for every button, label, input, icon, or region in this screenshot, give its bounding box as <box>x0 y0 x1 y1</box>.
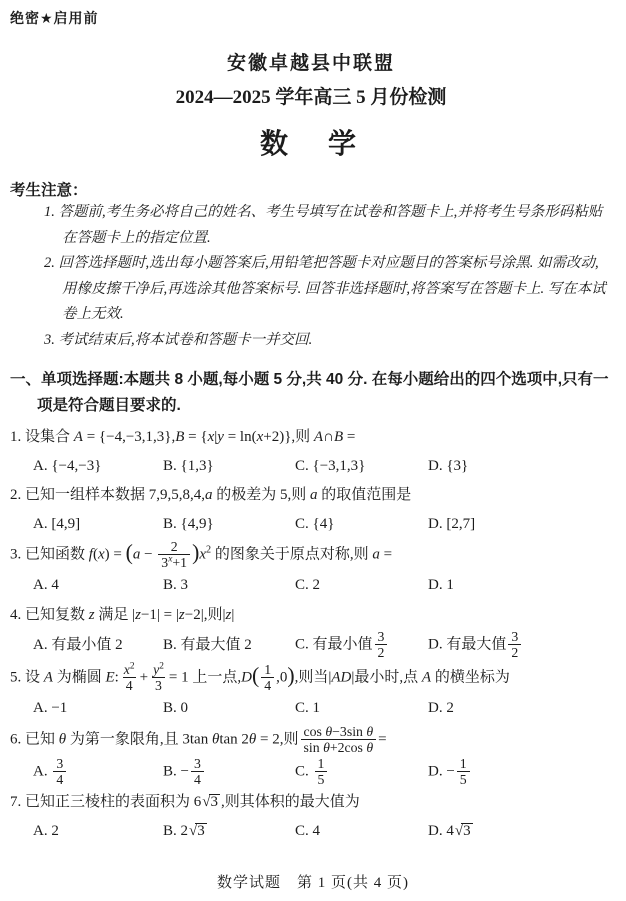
question-5: 5. 设 A 为椭圆 E:x24+y23= 1 上一点,D(14,0),则当|A… <box>10 662 612 723</box>
question-3-option-B: B. 3 <box>163 571 295 599</box>
question-1-option-A: A. {−4,−3} <box>33 452 163 480</box>
question-2-option-C: C. {4} <box>295 510 428 538</box>
question-7: 7. 已知正三棱柱的表面积为 6√3,则其体积的最大值为A. 2B. 2√3C.… <box>10 788 612 845</box>
question-4-options: A. 有最小值 2B. 有最大值 2C. 有最小值32D. 有最大值32 <box>33 629 612 661</box>
subject-title: 数 学 <box>10 122 612 162</box>
question-7-option-C: C. 4 <box>295 817 428 845</box>
notice-item-1: 1. 答题前,考生务必将自己的姓名、考生号填写在试卷和答题卡上,并将考生号条形码… <box>44 200 612 251</box>
question-6-option-C: C. 15 <box>295 756 428 788</box>
question-2-option-B: B. {4,9} <box>163 510 295 538</box>
question-4-stem: 4. 已知复数 z 满足 |z−1| = |z−2|,则|z| <box>10 601 612 629</box>
question-1-option-C: C. {−3,1,3} <box>295 452 428 480</box>
question-1: 1. 设集合 A = {−4,−3,1,3},B = {x|y = ln(x+2… <box>10 423 612 480</box>
question-2: 2. 已知一组样本数据 7,9,5,8,4,a 的极差为 5,则 a 的取值范围… <box>10 481 612 538</box>
question-2-option-A: A. [4,9] <box>33 510 163 538</box>
page-footer: 数学试题 第 1 页(共 4 页) <box>0 871 626 892</box>
question-4: 4. 已知复数 z 满足 |z−1| = |z−2|,则|z|A. 有最小值 2… <box>10 601 612 661</box>
question-6: 6. 已知 θ 为第一象限角,且 3tan θtan 2θ = 2,则cos θ… <box>10 724 612 788</box>
question-1-option-B: B. {1,3} <box>163 452 295 480</box>
question-1-options: A. {−4,−3}B. {1,3}C. {−3,1,3}D. {3} <box>33 451 612 480</box>
question-3: 3. 已知函数 f(x) = (a − 23x+1)x2 的图象关于原点对称,则… <box>10 539 612 600</box>
classification-label: 绝密★启用前 <box>10 8 612 28</box>
question-6-option-D: D. −15 <box>428 756 612 788</box>
question-5-option-D: D. 2 <box>428 694 612 722</box>
question-6-stem: 6. 已知 θ 为第一象限角,且 3tan θtan 2θ = 2,则cos θ… <box>10 724 612 756</box>
notice-items: 1. 答题前,考生务必将自己的姓名、考生号填写在试卷和答题卡上,并将考生号条形码… <box>44 200 612 353</box>
exam-session-title: 2024—2025 学年高三 5 月份检测 <box>10 82 612 109</box>
notice-item-2: 2. 回答选择题时,选出每小题答案后,用铅笔把答题卡对应题目的答案标号涂黑. 如… <box>44 251 612 328</box>
question-5-option-C: C. 1 <box>295 694 428 722</box>
question-5-option-A: A. −1 <box>33 694 163 722</box>
question-4-option-D: D. 有最大值32 <box>428 629 612 661</box>
question-2-stem: 2. 已知一组样本数据 7,9,5,8,4,a 的极差为 5,则 a 的取值范围… <box>10 481 612 509</box>
question-4-option-A: A. 有最小值 2 <box>33 631 163 659</box>
notice-item-3: 3. 考试结束后,将本试卷和答题卡一并交回. <box>44 328 612 354</box>
examinee-notice: 考生注意： 1. 答题前,考生务必将自己的姓名、考生号填写在试卷和答题卡上,并将… <box>10 178 612 353</box>
question-2-option-D: D. [2,7] <box>428 510 612 538</box>
exam-paper-page: 绝密★启用前 安徽卓越县中联盟 2024—2025 学年高三 5 月份检测 数 … <box>0 0 626 901</box>
question-3-options: A. 4B. 3C. 2D. 1 <box>33 571 612 600</box>
question-7-stem: 7. 已知正三棱柱的表面积为 6√3,则其体积的最大值为 <box>10 788 612 816</box>
question-7-option-B: B. 2√3 <box>163 817 295 845</box>
question-7-option-D: D. 4√3 <box>428 817 612 845</box>
league-title: 安徽卓越县中联盟 <box>10 48 612 75</box>
question-1-option-D: D. {3} <box>428 452 612 480</box>
notice-heading: 考生注意： <box>10 178 612 200</box>
question-6-option-B: B. −34 <box>163 756 295 788</box>
question-5-option-B: B. 0 <box>163 694 295 722</box>
question-5-options: A. −1B. 0C. 1D. 2 <box>33 694 612 723</box>
question-3-option-A: A. 4 <box>33 571 163 599</box>
question-4-option-C: C. 有最小值32 <box>295 629 428 661</box>
question-6-options: A. 34B. −34C. 15D. −15 <box>33 756 612 788</box>
question-7-option-A: A. 2 <box>33 817 163 845</box>
section-one-heading: 一、单项选择题:本题共 8 小题,每小题 5 分,共 40 分. 在每小题给出的… <box>10 367 612 419</box>
question-5-stem: 5. 设 A 为椭圆 E:x24+y23= 1 上一点,D(14,0),则当|A… <box>10 662 612 694</box>
question-2-options: A. [4,9]B. {4,9}C. {4}D. [2,7] <box>33 509 612 538</box>
question-3-option-D: D. 1 <box>428 571 612 599</box>
questions: 1. 设集合 A = {−4,−3,1,3},B = {x|y = ln(x+2… <box>10 423 612 845</box>
question-3-option-C: C. 2 <box>295 571 428 599</box>
question-1-stem: 1. 设集合 A = {−4,−3,1,3},B = {x|y = ln(x+2… <box>10 423 612 451</box>
question-3-stem: 3. 已知函数 f(x) = (a − 23x+1)x2 的图象关于原点对称,则… <box>10 539 612 571</box>
question-4-option-B: B. 有最大值 2 <box>163 631 295 659</box>
question-6-option-A: A. 34 <box>33 756 163 788</box>
question-7-options: A. 2B. 2√3C. 4D. 4√3 <box>33 816 612 845</box>
